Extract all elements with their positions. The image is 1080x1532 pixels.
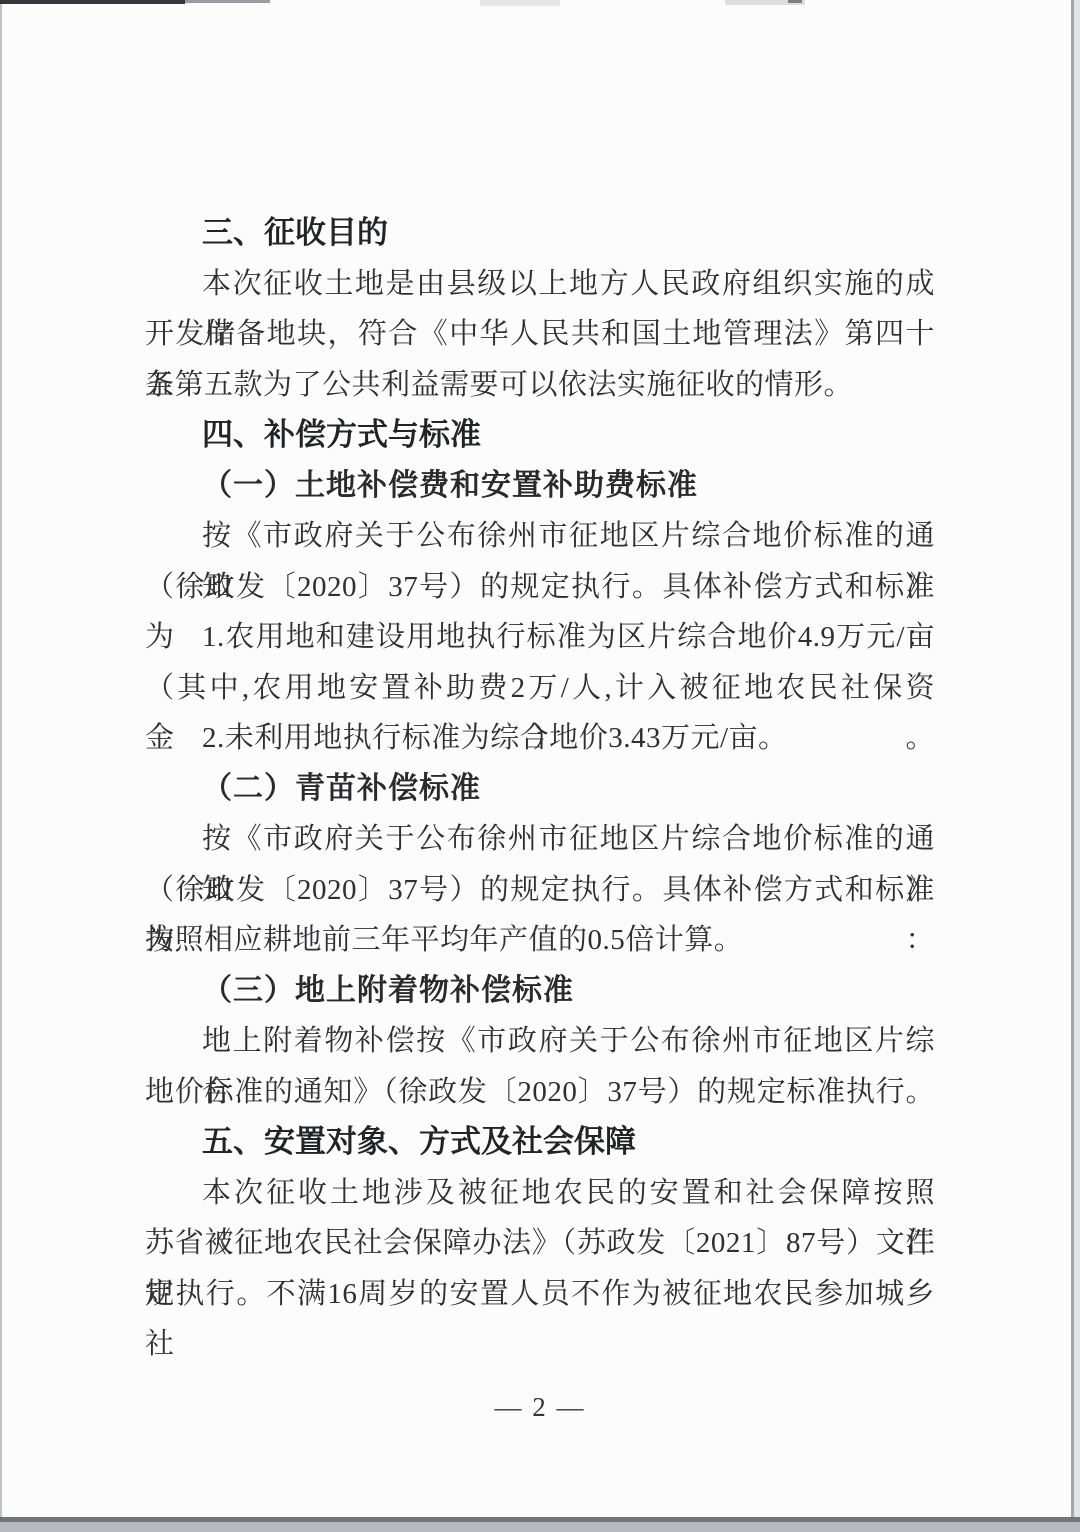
scan-edge-left-strip	[0, 0, 2, 1532]
sub-heading-1: （一）土地补偿费和安置补助费标准	[145, 461, 935, 512]
scanned-document-page: 三、征收目的 本次征收土地是由县级以上地方人民政府组织实施的成片 开发储备地块，…	[0, 0, 1080, 1532]
text-line: 地上附着物补偿按《市政府关于公布徐州市征地区片综合	[145, 1016, 935, 1067]
page-number: — 2 —	[0, 1392, 1080, 1423]
text-line: 本次征收土地是由县级以上地方人民政府组织实施的成片	[145, 259, 935, 310]
text-line: 按《市政府关于公布徐州市征地区片综合地价标准的通知》	[145, 511, 935, 562]
document-body: 三、征收目的 本次征收土地是由县级以上地方人民政府组织实施的成片 开发储备地块，…	[145, 208, 935, 1319]
text-line: 1.农用地和建设用地执行标准为区片综合地价4.9万元/亩	[145, 612, 935, 663]
section-heading-5: 五、安置对象、方式及社会保障	[145, 1117, 935, 1168]
text-line: （徐政发〔2020〕37号）的规定执行。具体补偿方式和标准为：	[145, 865, 935, 916]
text-line: 本次征收土地涉及被征地农民的安置和社会保障按照《江	[145, 1168, 935, 1219]
scan-artifact-top-1	[0, 0, 185, 4]
scan-artifact-top-3	[480, 0, 560, 6]
text-line: 条第五款为了公共利益需要可以依法实施征收的情形。	[145, 360, 935, 411]
text-line: （其中,农用地安置补助费2万/人,计入被征地农民社保资金）。	[145, 663, 935, 714]
scan-edge-bottom-line	[0, 1517, 1080, 1522]
text-line: 按《市政府关于公布徐州市征地区片综合地价标准的通知》	[145, 814, 935, 865]
sub-heading-3: （三）地上附着物补偿标准	[145, 966, 935, 1017]
text-line: （徐政发〔2020〕37号）的规定执行。具体补偿方式和标准为：	[145, 562, 935, 613]
scan-artifact-top-5	[788, 0, 802, 3]
section-heading-4: 四、补偿方式与标准	[145, 410, 935, 461]
sub-heading-2: （二）青苗补偿标准	[145, 764, 935, 815]
text-line: 苏省被征地农民社会保障办法》（苏政发〔2021〕87号）文件规	[145, 1218, 935, 1269]
text-line: 地价标准的通知》（徐政发〔2020〕37号）的规定标准执行。	[145, 1067, 935, 1118]
scan-artifact-top-2	[185, 0, 270, 3]
scan-edge-right-line	[1071, 0, 1074, 1532]
scan-edge-bottom-strip	[0, 1522, 1080, 1532]
text-line: 开发储备地块，符合《中华人民共和国土地管理法》第四十五	[145, 309, 935, 360]
scan-edge-right-strip	[1074, 0, 1080, 1532]
section-heading-3: 三、征收目的	[145, 208, 935, 259]
text-line: 定执行。不满16周岁的安置人员不作为被征地农民参加城乡社	[145, 1269, 935, 1320]
